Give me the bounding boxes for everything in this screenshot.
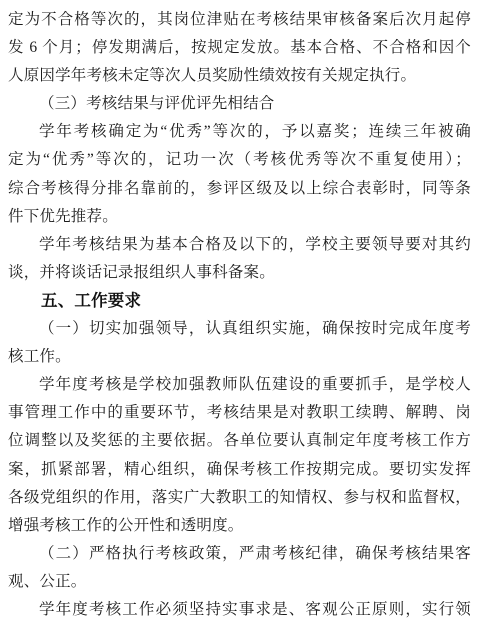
text-line: 谈，并将谈话记录报组织人事科备案。 (8, 259, 471, 287)
text-line: 核工作。 (8, 343, 471, 371)
text-line: 学年度考核工作必须坚持实事求是、客观公正原则，实行领 (8, 596, 471, 624)
text-line: 定为“优秀”等次的，记功一次（考核优秀等次不重复使用）； (8, 146, 471, 174)
document-page: 定为不合格等次的，其岗位津贴在考核结果审核备案后次月起停发 6 个月；停发期满后… (0, 0, 477, 634)
text-line: 发 6 个月；停发期满后，按规定发放。基本合格、不合格和因个 (8, 34, 471, 62)
text-line: 学年度考核是学校加强教师队伍建设的重要抓手，是学校人 (8, 371, 471, 399)
text-line: 定为不合格等次的，其岗位津贴在考核结果审核备案后次月起停 (8, 6, 471, 34)
text-line: 综合考核得分排名靠前的，参评区级及以上综合表彰时，同等条 (8, 175, 471, 203)
text-line: 增强考核工作的公开性和透明度。 (8, 512, 471, 540)
text-line: （三）考核结果与评优评先相结合 (8, 90, 471, 118)
section-heading: 五、工作要求 (8, 287, 471, 315)
text-line: 观、公正。 (8, 568, 471, 596)
text-line: 人原因学年考核未定等次人员奖励性绩效按有关规定执行。 (8, 62, 471, 90)
document-body: 定为不合格等次的，其岗位津贴在考核结果审核备案后次月起停发 6 个月；停发期满后… (0, 0, 477, 624)
text-line: 位调整以及奖惩的主要依据。各单位要认真制定年度考核工作方 (8, 427, 471, 455)
text-line: 各级党组织的作用，落实广大教职工的知情权、参与权和监督权， (8, 484, 471, 512)
text-line: 事管理工作中的重要环节，考核结果是对教职工续聘、解聘、岗 (8, 399, 471, 427)
text-line: 案，抓紧部署，精心组织，确保考核工作按期完成。要切实发挥 (8, 456, 471, 484)
text-line: 学年考核结果为基本合格及以下的，学校主要领导要对其约 (8, 231, 471, 259)
text-line: （一）切实加强领导，认真组织实施，确保按时完成年度考 (8, 315, 471, 343)
text-line: 件下优先推荐。 (8, 203, 471, 231)
text-line: 学年考核确定为“优秀”等次的，予以嘉奖；连续三年被确 (8, 118, 471, 146)
text-line: （二）严格执行考核政策，严肃考核纪律，确保考核结果客 (8, 540, 471, 568)
